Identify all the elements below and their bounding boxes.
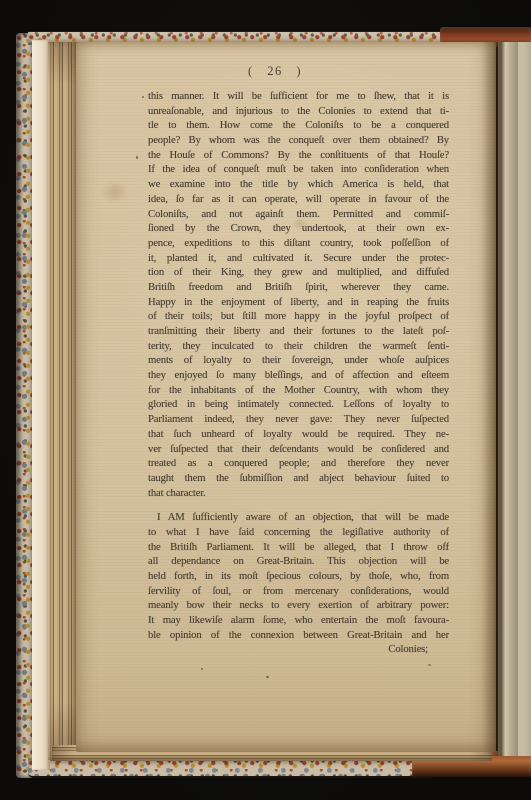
book-page: ( 26 ) this manner. It will be ſufficien… [76,42,496,752]
text-line: that character. [148,486,449,501]
text-line: Coloniſts, and not againſt them. Permitt… [148,207,449,222]
text-line: gloried in being intimately connected. L… [148,397,449,412]
text-line: ble opinion of the connexion between Gre… [148,628,449,643]
text-block: this manner. It will be ſufficient for m… [148,89,449,657]
text-line: we examine into the title by which Ameri… [148,177,449,192]
text-line: terity, they inculcated to their childre… [148,339,449,354]
text-line: treated as a conquered people; and there… [148,456,449,471]
text-line: tranſmitting their liberty and their for… [148,324,449,339]
text-line: ments of loyalty to their ſovereign, und… [148,353,449,368]
catchword: Colonies; [148,642,449,657]
text-line: tion of their King, they grew and multip… [148,265,449,280]
text-line: tle to them. How come the Coloniſts to b… [148,118,449,133]
text-line: I AM ſufficiently aware of an objection,… [148,510,449,525]
text-line: this manner. It will be ſufficient for m… [148,89,449,104]
text-line: If the idea of conqueſt muſt be taken in… [148,162,449,177]
paragraph: this manner. It will be ſufficient for m… [148,89,449,500]
ink-speck [428,664,431,666]
paragraph: I AM ſufficiently aware of an objection,… [148,510,449,642]
ink-speck [201,668,203,670]
ink-speck [142,96,144,98]
page-stack-left-edges [48,42,77,760]
gutter-shadow [482,42,518,756]
text-line: taught them the ſubmiſſion and abject be… [148,471,449,486]
text-line: ver ſuſpected that their deſcendants wou… [148,442,449,457]
ink-speck [136,156,138,159]
marbled-board-bottom-edge [28,758,432,778]
text-line: unreaſonable, and injurious to the Colon… [148,104,449,119]
text-line: it, planted it, and cultivated it. Secur… [148,251,449,266]
photo-background: ( 26 ) this manner. It will be ſufficien… [0,0,531,800]
page-number-header: ( 26 ) [124,64,426,79]
text-line: It may likewiſe alarm ſome, who entertai… [148,613,449,628]
text-line: they enjoyed ſo many bleſſings, and of a… [148,368,449,383]
text-line: idea, ſo far as it can operate, will ope… [148,192,449,207]
text-line: people? By whom was the conqueſt over th… [148,133,449,148]
ink-speck [266,676,270,679]
text-line: Britiſh freedom and Britiſh ſpirit, wher… [148,280,449,295]
text-line: Happy in the enjoyment of liberty, and i… [148,295,449,310]
text-line: ſervility of ſoul, or from mercenary con… [148,584,449,599]
text-line: pence, expeditions to this diſtant count… [148,236,449,251]
text-line: Parliament indeed, they never gave: They… [148,412,449,427]
text-line: the Houſe of Commons? By the conſtituent… [148,148,449,163]
text-line: that ſuch unheard of loyalty would be re… [148,427,449,442]
text-line: for the inhabitants of the Mother Countr… [148,383,449,398]
text-line: ſioned by the Crown, they undertook, at … [148,221,449,236]
text-line: the Britiſh Parliament. It will be alleg… [148,540,449,555]
text-line: to what I have ſaid concerning the legiſ… [148,525,449,540]
text-line: all dependance on Great-Britain. This ob… [148,554,449,569]
text-line: held forth, in its moſt ſpecious colours… [148,569,449,584]
text-line: meanly bow their necks to every exertion… [148,598,449,613]
text-line: of their toils; but ſtill more happy in … [148,309,449,324]
